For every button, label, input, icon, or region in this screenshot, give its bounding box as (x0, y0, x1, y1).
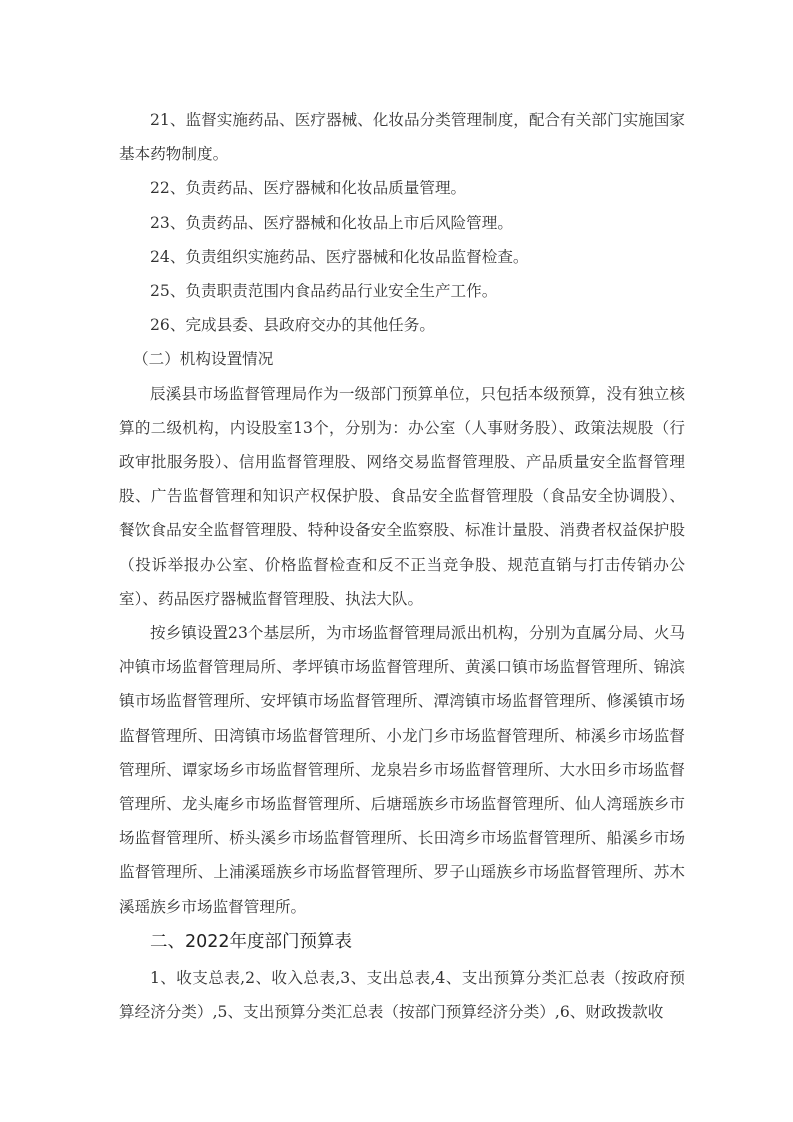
duty-number: 24、 (150, 248, 185, 266)
duty-text: 负责组织实施药品、医疗器械和化妆品监督检查。 (185, 248, 528, 266)
duty-number: 21、 (150, 111, 185, 129)
section-title: 二、2022年度部门预算表 (119, 924, 685, 961)
duty-item-24: 24、负责组织实施药品、医疗器械和化妆品监督检查。 (119, 240, 685, 274)
duty-item-26: 26、完成县委、县政府交办的其他任务。 (119, 308, 685, 342)
duty-number: 26、 (150, 316, 185, 334)
duty-text: 负责药品、医疗器械和化妆品上市后风险管理。 (185, 214, 512, 232)
document-page: 21、监督实施药品、医疗器械、化妆品分类管理制度，配合有关部门实施国家基本药物制… (119, 103, 685, 1029)
duty-item-25: 25、负责职责范围内食品药品行业安全生产工作。 (119, 274, 685, 308)
subsection-title: （二）机构设置情况 (119, 342, 685, 376)
duty-number: 22、 (150, 179, 185, 197)
duty-item-21: 21、监督实施药品、医疗器械、化妆品分类管理制度，配合有关部门实施国家基本药物制… (119, 103, 685, 171)
duty-number: 23、 (150, 214, 185, 232)
duty-number: 25、 (150, 282, 185, 300)
paragraph-internal-departments: 辰溪县市场监督管理局作为一级部门预算单位，只包括本级预算，没有独立核算的二级机构… (119, 377, 685, 616)
paragraph-grassroots-offices: 按乡镇设置23个基层所，为市场监督管理局派出机构，分别为直属分局、火马冲镇市场监… (119, 616, 685, 924)
duty-text: 负责职责范围内食品药品行业安全生产工作。 (185, 282, 497, 300)
paragraph-budget-tables: 1、收支总表,2、收入总表,3、支出总表,4、支出预算分类汇总表（按政府预算经济… (119, 961, 685, 1029)
duty-item-22: 22、负责药品、医疗器械和化妆品质量管理。 (119, 171, 685, 205)
duty-text: 完成县委、县政府交办的其他任务。 (185, 316, 435, 334)
duty-item-23: 23、负责药品、医疗器械和化妆品上市后风险管理。 (119, 206, 685, 240)
duty-text: 负责药品、医疗器械和化妆品质量管理。 (185, 179, 466, 197)
duty-text: 监督实施药品、医疗器械、化妆品分类管理制度，配合有关部门实施国家基本药物制度。 (119, 111, 685, 163)
